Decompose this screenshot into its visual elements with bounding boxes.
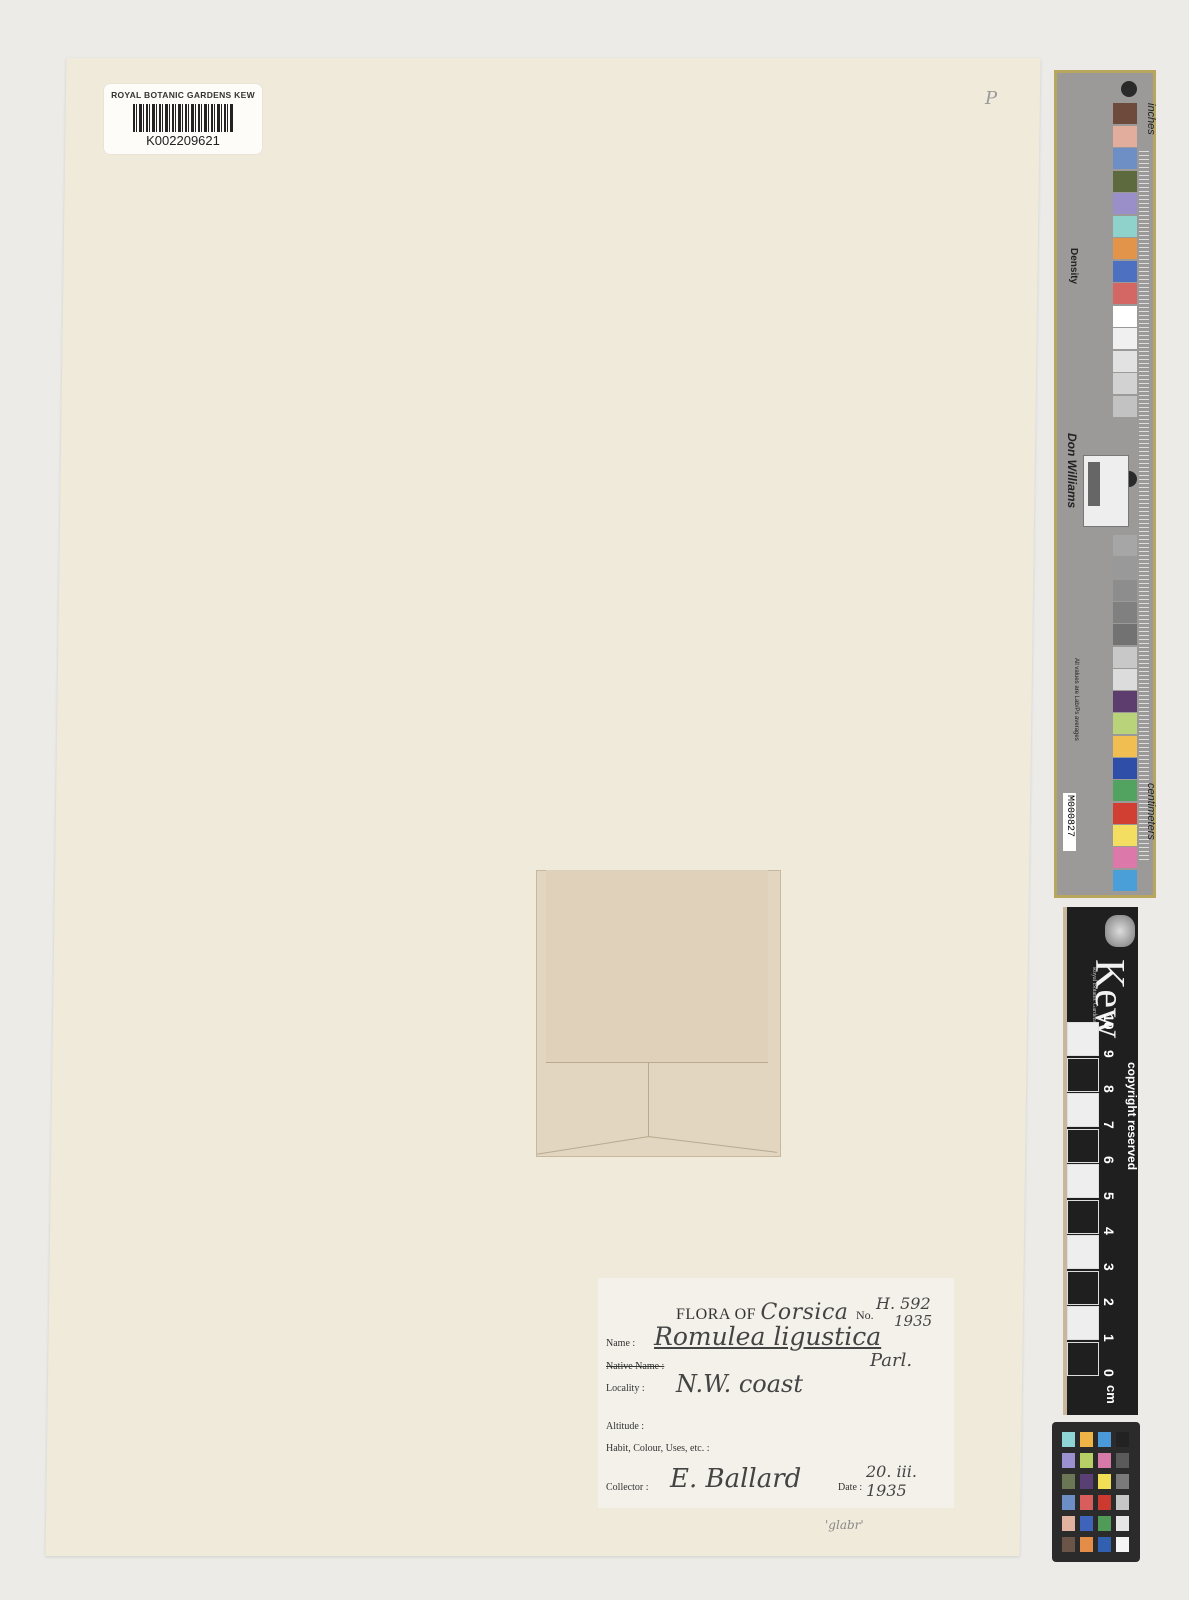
corner-annotation: P — [985, 88, 997, 109]
scale-cell — [1067, 1164, 1099, 1198]
scale-cell — [1067, 1271, 1099, 1305]
colour-patch — [1113, 261, 1137, 282]
barcode-label: ROYAL BOTANIC GARDENS KEW K002209621 — [104, 84, 262, 154]
checker-swatch — [1062, 1516, 1075, 1531]
colour-patch — [1113, 602, 1137, 623]
colour-patch — [1113, 691, 1137, 712]
colour-patch — [1113, 557, 1137, 578]
colour-patch — [1113, 803, 1137, 824]
scale-tick: 8 — [1101, 1085, 1117, 1093]
scale-tick: 6 — [1101, 1156, 1117, 1164]
scale-tick: 10 — [1101, 1014, 1117, 1030]
footer-text: All values are Lab/Ps averages — [1073, 658, 1079, 741]
colour-patch — [1113, 373, 1137, 394]
unit-label: cm — [1104, 1385, 1119, 1404]
checker-swatch — [1116, 1474, 1129, 1489]
collector-value: E. Ballard — [670, 1464, 801, 1494]
altitude-label: Altitude : — [606, 1421, 644, 1432]
colour-patch — [1113, 216, 1137, 237]
colour-patch — [1113, 328, 1137, 349]
scale-tick: 5 — [1101, 1192, 1117, 1200]
colour-patch — [1113, 148, 1137, 169]
hole-icon — [1121, 81, 1137, 97]
scale-tick: 3 — [1101, 1263, 1117, 1271]
scale-cell — [1067, 1058, 1099, 1092]
scale-tag: M000827 — [1063, 793, 1076, 851]
centimeters-label: centimeters — [1145, 783, 1157, 840]
checker-swatch — [1098, 1432, 1111, 1447]
habit-label: Habit, Colour, Uses, etc. : — [606, 1443, 709, 1454]
colour-patch — [1113, 713, 1137, 734]
colour-patch — [1113, 351, 1137, 372]
inch-ruler — [1139, 151, 1149, 861]
checker-swatch — [1098, 1516, 1111, 1531]
scale-cell — [1067, 1342, 1099, 1376]
scale-cell — [1067, 1129, 1099, 1163]
packet-flap — [546, 870, 768, 1063]
colour-patch — [1113, 847, 1137, 868]
name-label: Name : — [606, 1338, 635, 1349]
locality-label: Locality : — [606, 1383, 645, 1394]
checker-swatch — [1098, 1474, 1111, 1489]
footnote-annotation: 'glabr' — [825, 1518, 864, 1532]
scale-cell — [1067, 1200, 1099, 1234]
checker-swatch — [1116, 1432, 1129, 1447]
colour-patch — [1113, 283, 1137, 304]
inches-label: inches — [1145, 103, 1157, 135]
checker-swatch — [1062, 1537, 1075, 1552]
barcode-number: K002209621 — [104, 133, 262, 148]
colour-scale-strip: inches centimeters Density Don Williams … — [1054, 70, 1156, 898]
colour-patch — [1113, 126, 1137, 147]
collector-label: Collector : — [606, 1482, 649, 1493]
checker-swatch — [1116, 1453, 1129, 1468]
colour-patch — [1113, 396, 1137, 417]
checker-swatch — [1062, 1453, 1075, 1468]
date-label: Date : — [838, 1482, 862, 1493]
checker-swatch — [1116, 1516, 1129, 1531]
colour-patch — [1113, 103, 1137, 124]
colour-patch — [1113, 647, 1137, 668]
checker-swatch — [1080, 1516, 1093, 1531]
colour-patch — [1113, 306, 1137, 327]
native-name-label: Native Name : — [606, 1361, 664, 1372]
scale-tick: 1 — [1101, 1334, 1117, 1342]
checker-swatch — [1116, 1537, 1129, 1552]
kew-sub-brand: Royal Botanic Gardens — [1091, 967, 1097, 1023]
maker-text: Don Williams — [1065, 433, 1079, 508]
checker-swatch — [1062, 1474, 1075, 1489]
resolution-target — [1083, 455, 1129, 527]
scale-tick: 2 — [1101, 1298, 1117, 1306]
density-label: Density — [1068, 248, 1079, 284]
number-value: H. 592 — [876, 1294, 931, 1313]
checker-swatch — [1062, 1495, 1075, 1510]
number-year: 1935 — [894, 1312, 932, 1330]
checker-swatch — [1080, 1453, 1093, 1468]
checker-swatch — [1080, 1495, 1093, 1510]
date-value: 20. iii. 1935 — [866, 1462, 936, 1500]
name-authority: Parl. — [870, 1350, 912, 1371]
colour-patch — [1113, 171, 1137, 192]
scale-tick: 4 — [1101, 1227, 1117, 1235]
institution-name: ROYAL BOTANIC GARDENS KEW — [104, 90, 262, 100]
checker-swatch — [1098, 1537, 1111, 1552]
checker-swatch — [1080, 1474, 1093, 1489]
kew-crest-icon — [1105, 915, 1135, 947]
checker-swatch — [1062, 1432, 1075, 1447]
colour-patch — [1113, 669, 1137, 690]
colour-patch — [1113, 193, 1137, 214]
locality-value: N.W. coast — [676, 1370, 803, 1398]
packet-fold — [648, 1062, 649, 1137]
determination-label: FLORA OF Corsica No. H. 592 1935 Name : … — [598, 1278, 954, 1508]
number-label: No. — [856, 1308, 874, 1323]
colour-patch — [1113, 758, 1137, 779]
kew-scale-bar: Kew Royal Botanic Gardens copyright rese… — [1063, 907, 1138, 1415]
colour-patch — [1113, 736, 1137, 757]
colour-patch — [1113, 780, 1137, 801]
scale-tick: 7 — [1101, 1121, 1117, 1129]
fragment-packet — [536, 870, 781, 1160]
colour-checker-card — [1052, 1422, 1140, 1562]
scale-cell — [1067, 1235, 1099, 1269]
colour-patch — [1113, 870, 1137, 891]
scale-cell — [1067, 1306, 1099, 1340]
scale-cell — [1067, 1022, 1099, 1056]
scale-tick: 9 — [1101, 1050, 1117, 1058]
barcode-icon — [133, 104, 233, 132]
scale-cell — [1067, 1093, 1099, 1127]
checker-swatch — [1080, 1432, 1093, 1447]
colour-patch — [1113, 535, 1137, 556]
checker-swatch — [1080, 1537, 1093, 1552]
checker-swatch — [1116, 1495, 1129, 1510]
name-value: Romulea ligustica — [654, 1322, 881, 1351]
checker-swatch — [1098, 1495, 1111, 1510]
copyright-text: copyright reserved — [1125, 1062, 1139, 1170]
scale-tick: 0 — [1101, 1369, 1117, 1377]
colour-patch — [1113, 238, 1137, 259]
checker-swatch — [1098, 1453, 1111, 1468]
colour-patch — [1113, 580, 1137, 601]
colour-patch — [1113, 624, 1137, 645]
colour-patch — [1113, 825, 1137, 846]
